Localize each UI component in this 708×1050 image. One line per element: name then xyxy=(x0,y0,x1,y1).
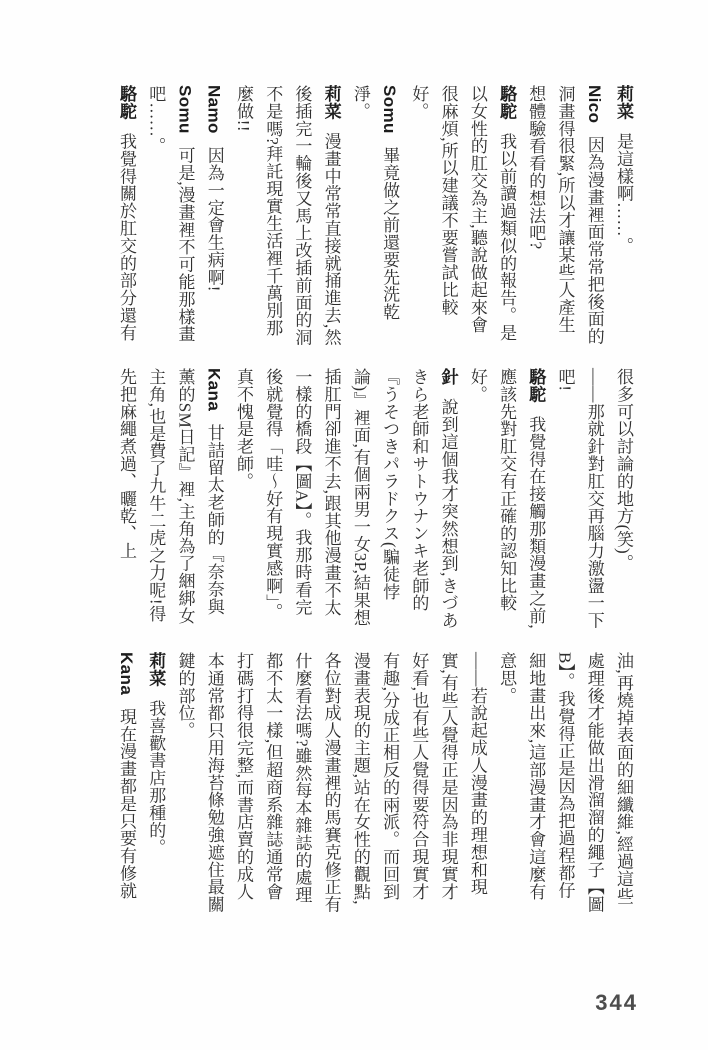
dialogue-paragraph: Kana甘詰留太老師的『奈奈與薰的SM日記』裡,主角為了綑綁女主角,也是費了九牛… xyxy=(112,368,229,630)
speaker-name: 莉菜 xyxy=(146,652,165,687)
dialogue-paragraph: Somu畢竟做之前還要先洗乾淨。 xyxy=(346,85,404,347)
dialogue-paragraph: 莉菜是這樣啊……。 xyxy=(609,85,638,347)
dialogue-paragraph: 莉菜我喜歡書店那種的。 xyxy=(141,652,170,914)
speaker-name: 駱駝 xyxy=(526,368,545,403)
dialogue-paragraph: ——若說起成人漫畫的理想和現實,有些人覺得正是因為非現實才好看,也有些人覺得要符… xyxy=(170,652,492,914)
dialogue-paragraph: Somu可是,漫畫裡不可能那樣畫吧……。 xyxy=(141,85,199,347)
speaker-name: Namo xyxy=(205,85,224,134)
dialogue-text: 我以前讀過類似的報告。是以女性的肛交為主,聽說做起來會很麻煩,所以建議不要嘗試比… xyxy=(409,85,516,341)
speaker-name: Kana xyxy=(117,652,136,695)
dialogue-text: 我覺得關於肛交的部分還有 xyxy=(117,133,136,342)
dialogue-paragraph: ——那就針對肛交再腦力激盪一下吧! xyxy=(550,368,608,630)
speaker-name: Somu xyxy=(380,85,399,134)
dialogue-paragraph: Kana現在漫畫都是只要有修就 xyxy=(112,652,141,914)
dialogue-text: 說到這個我才突然想到,きづあきら老師和サトウナンキ老師的『うそつきパラドクス(騙… xyxy=(234,368,458,629)
dialogue-paragraph: 油,再燒掉表面的細纖維,經過這些處理後才能做出滑溜溜的繩子【圖B】。我覺得正是因… xyxy=(492,652,638,914)
dialogue-section-bottom: 油,再燒掉表面的細纖維,經過這些處理後才能做出滑溜溜的繩子【圖B】。我覺得正是因… xyxy=(86,652,638,914)
speaker-name: 駱駝 xyxy=(497,85,516,120)
dialogue-text: ——若說起成人漫畫的理想和現實,有些人覺得正是因為非現實才好看,也有些人覺得要符… xyxy=(175,652,486,913)
speaker-name: 針 xyxy=(439,368,458,385)
speaker-name: Nico xyxy=(585,85,604,123)
dialogue-paragraph: 很多可以討論的地方(笑)。 xyxy=(609,368,638,630)
dialogue-paragraph: 駱駝我覺得關於肛交的部分還有 xyxy=(112,85,141,347)
speaker-name: 駱駝 xyxy=(117,85,136,120)
dialogue-section-top: 莉菜是這樣啊……。Nico因為漫畫裡面常常把後面的洞畫得很緊,所以才讓某些人產生… xyxy=(86,85,638,347)
dialogue-paragraph: Namo因為一定會生病啊! xyxy=(199,85,228,347)
book-page: 莉菜是這樣啊……。Nico因為漫畫裡面常常把後面的洞畫得很緊,所以才讓某些人產生… xyxy=(0,0,708,1050)
dialogue-text: 因為一定會生病啊! xyxy=(205,147,224,292)
speaker-name: 莉菜 xyxy=(322,85,341,120)
speaker-name: Kana xyxy=(205,368,224,411)
dialogue-paragraph: 駱駝我覺得在接觸那類漫畫之前,應該先對肛交有正確的認知比較好。 xyxy=(463,368,551,630)
dialogue-text: 因為漫畫裡面常常把後面的洞畫得很緊,所以才讓某些人產生想體驗看看的想法吧? xyxy=(526,85,603,345)
dialogue-text: 很多可以討論的地方(笑)。 xyxy=(614,368,633,572)
dialogue-section-middle: 很多可以討論的地方(笑)。——那就針對肛交再腦力激盪一下吧!駱駝我覺得在接觸那類… xyxy=(86,368,638,630)
dialogue-text: 是這樣啊……。 xyxy=(614,133,633,255)
speaker-name: 莉菜 xyxy=(614,85,633,120)
dialogue-text: 漫畫中常常直接就捅進去,然後插完一輪後又馬上改插前面的洞不是嗎?拜託現實生活裡千… xyxy=(234,85,341,346)
dialogue-paragraph: 針說到這個我才突然想到,きづあきら老師和サトウナンキ老師的『うそつきパラドクス(… xyxy=(229,368,463,630)
dialogue-paragraph: Nico因為漫畫裡面常常把後面的洞畫得很緊,所以才讓某些人產生想體驗看看的想法吧… xyxy=(521,85,609,347)
page-number: 344 xyxy=(595,990,638,1016)
dialogue-text: 油,再燒掉表面的細纖維,經過這些處理後才能做出滑溜溜的繩子【圖B】。我覺得正是因… xyxy=(497,652,633,913)
dialogue-text: 我覺得在接觸那類漫畫之前,應該先對肛交有正確的認知比較好。 xyxy=(468,368,545,629)
dialogue-paragraph: 莉菜漫畫中常常直接就捅進去,然後插完一輪後又馬上改插前面的洞不是嗎?拜託現實生活… xyxy=(229,85,346,347)
dialogue-text: ——那就針對肛交再腦力激盪一下吧! xyxy=(556,368,604,629)
dialogue-text: 現在漫畫都是只要有修就 xyxy=(117,708,136,899)
dialogue-text: 我喜歡書店那種的。 xyxy=(146,700,165,857)
speaker-name: Somu xyxy=(175,85,194,134)
dialogue-paragraph: 駱駝我以前讀過類似的報告。是以女性的肛交為主,聽說做起來會很麻煩,所以建議不要嘗… xyxy=(404,85,521,347)
